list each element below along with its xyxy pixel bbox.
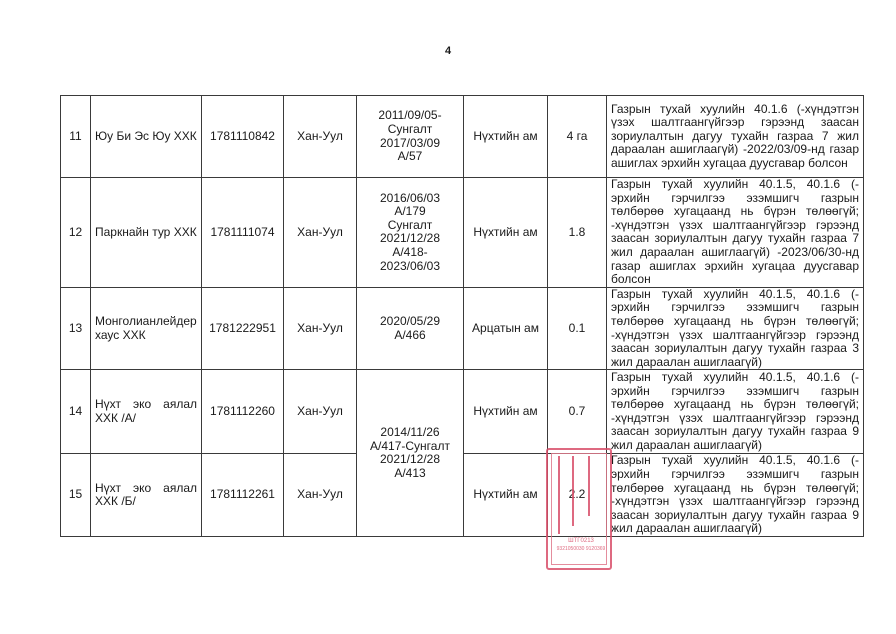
row-number: 14 (61, 370, 91, 454)
stamp-numbers: 9321050030 9120369 (554, 546, 608, 553)
company-name: Нүхт эко аялал ХХК /Б/ (91, 454, 202, 537)
table-row: 12 Паркнайн тур ХХК 1781111074 Хан-Уул 2… (61, 178, 864, 288)
soum-name: Хан-Уул (284, 178, 357, 288)
official-seal-stamp: ШТГ0213 9321050030 9120369 (546, 448, 612, 570)
soum-name: Хан-Уул (284, 370, 357, 454)
decision-info: 2016/06/03 А/179 Сунгалт 2021/12/28 А/41… (357, 178, 464, 288)
company-name: Паркнайн тур ХХК (91, 178, 202, 288)
table-row: 13 Монголианлейдер хаус ХХК 1781222951 Х… (61, 287, 864, 370)
registration-number: 1781111074 (202, 178, 284, 288)
decision-info: 2011/09/05- Сунгалт 2017/03/09 А/57 (357, 96, 464, 178)
area: 1.8 (548, 178, 607, 288)
stamp-mongolian-script (558, 456, 568, 534)
table-row: 11 Юу Би Эс Юу ХХК 1781110842 Хан-Уул 20… (61, 96, 864, 178)
row-number: 15 (61, 454, 91, 537)
decision-info: 2020/05/29 А/466 (357, 287, 464, 370)
page-number: 4 (0, 45, 896, 57)
registration-number: 1781110842 (202, 96, 284, 178)
stamp-mongolian-script (588, 456, 598, 516)
land-rights-table: 11 Юу Би Эс Юу ХХК 1781110842 Хан-Уул 20… (60, 95, 864, 537)
termination-note: Газрын тухай хуулийн 40.1.5, 40.1.6 (-эр… (607, 287, 864, 370)
area: 0.1 (548, 287, 607, 370)
registration-number: 1781112261 (202, 454, 284, 537)
termination-note: Газрын тухай хуулийн 40.1.6 (-хүндэтгэн … (607, 96, 864, 178)
row-number: 11 (61, 96, 91, 178)
stamp-code: ШТГ0213 (554, 538, 608, 545)
company-name: Монголианлейдер хаус ХХК (91, 287, 202, 370)
termination-note: Газрын тухай хуулийн 40.1.5, 40.1.6 (-эр… (607, 370, 864, 454)
location: Нүхтийн ам (464, 454, 548, 537)
registration-number: 1781112260 (202, 370, 284, 454)
location: Нүхтийн ам (464, 96, 548, 178)
soum-name: Хан-Уул (284, 96, 357, 178)
area: 0.7 (548, 370, 607, 454)
registration-number: 1781222951 (202, 287, 284, 370)
row-number: 13 (61, 287, 91, 370)
decision-info: 2014/11/26 А/417-Сунгалт 2021/12/28 А/41… (357, 370, 464, 537)
location: Нүхтийн ам (464, 178, 548, 288)
termination-note: Газрын тухай хуулийн 40.1.5, 40.1.6 (-эр… (607, 178, 864, 288)
location: Нүхтийн ам (464, 370, 548, 454)
stamp-mongolian-script (572, 456, 582, 526)
location: Арцатын ам (464, 287, 548, 370)
company-name: Юу Би Эс Юу ХХК (91, 96, 202, 178)
termination-note: Газрын тухай хуулийн 40.1.5, 40.1.6 (-эр… (607, 454, 864, 537)
row-number: 12 (61, 178, 91, 288)
table-row: 14 Нүхт эко аялал ХХК /А/ 1781112260 Хан… (61, 370, 864, 454)
area: 4 га (548, 96, 607, 178)
company-name: Нүхт эко аялал ХХК /А/ (91, 370, 202, 454)
soum-name: Хан-Уул (284, 454, 357, 537)
soum-name: Хан-Уул (284, 287, 357, 370)
